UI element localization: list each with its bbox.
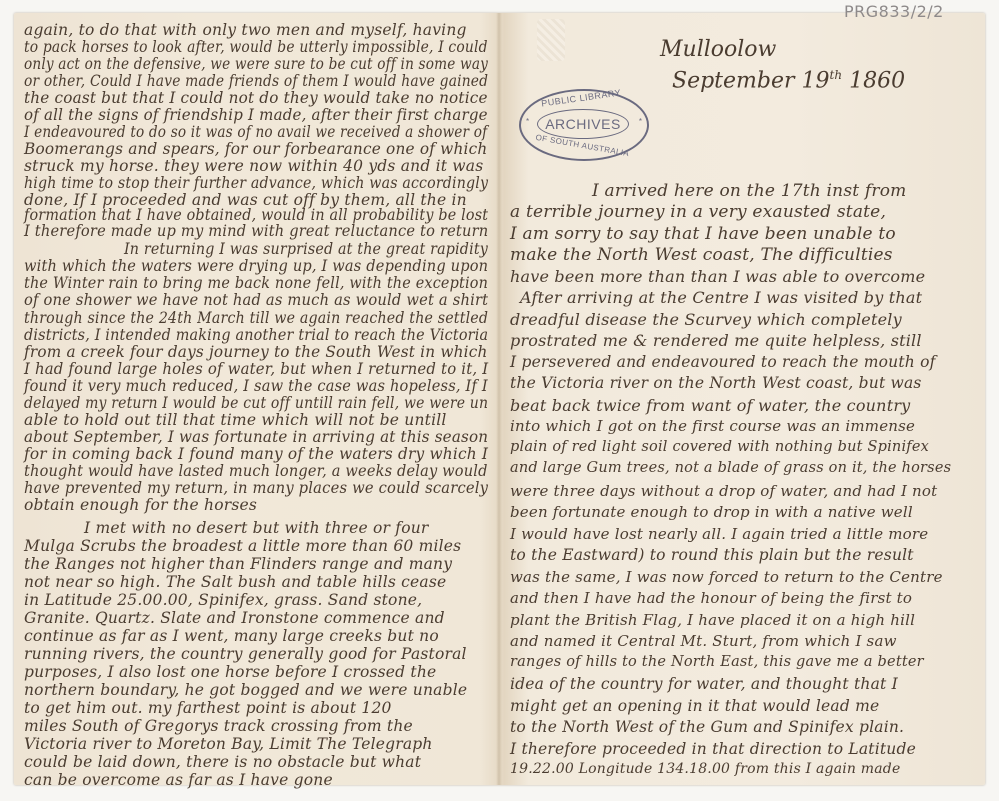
date-year: 1860 <box>849 68 905 93</box>
manuscript-line: a terrible journey in a very exausted st… <box>510 202 886 222</box>
manuscript-line: prostrated me & rendered me quite helple… <box>510 331 922 350</box>
manuscript-line: running rivers, the country generally go… <box>24 645 467 663</box>
manuscript-line: not near so high. The Salt bush and tabl… <box>24 573 446 591</box>
archives-stamp: PUBLIC LIBRARY * ARCHIVES * OF SOUTH AUS… <box>519 89 649 161</box>
manuscript-line: were three days without a drop of water,… <box>510 482 937 500</box>
manuscript-line: 19.22.00 Longitude 134.18.00 from this I… <box>510 761 900 777</box>
manuscript-sheet: again, to do that with only two men and … <box>14 13 985 785</box>
manuscript-line: high time to stop their further advance,… <box>24 174 488 192</box>
manuscript-line: through since the 24th March till we aga… <box>24 309 488 327</box>
manuscript-line: Granite. Quartz. Slate and Ironstone com… <box>24 609 445 627</box>
manuscript-line: was the same, I was now forced to return… <box>510 568 943 586</box>
manuscript-line: of one shower we have not had as much as… <box>24 291 488 309</box>
manuscript-line: found it very much reduced, I saw the ca… <box>24 377 488 395</box>
manuscript-line: of all the signs of friendship I made, a… <box>24 106 488 124</box>
manuscript-line: I met with no desert but with three or f… <box>84 519 429 537</box>
manuscript-line: ranges of hills to the North East, this … <box>510 654 924 670</box>
manuscript-line: or other, Could I have made friends of t… <box>24 72 488 90</box>
manuscript-line: I am sorry to say that I have been unabl… <box>510 224 896 244</box>
manuscript-line: I had found large holes of water, but wh… <box>24 360 488 378</box>
manuscript-line: have prevented my return, in many places… <box>24 479 488 497</box>
manuscript-line: thought would have lasted much longer, a… <box>24 462 488 480</box>
date-month-day: September 19 <box>672 68 830 93</box>
star-icon: * <box>526 117 529 126</box>
manuscript-line: I therefore made up my mind with great r… <box>24 222 488 240</box>
manuscript-line: After arriving at the Centre I was visit… <box>520 288 922 307</box>
manuscript-line: miles South of Gregorys track crossing f… <box>24 717 413 735</box>
manuscript-line: Boomerangs and spears, for our forbearan… <box>24 140 487 158</box>
manuscript-line: able to hold out till that time which wi… <box>24 411 447 429</box>
manuscript-line: dreadful disease the Scurvey which compl… <box>510 310 902 329</box>
manuscript-line: beat back twice from want of water, the … <box>510 396 910 415</box>
manuscript-line: struck my horse. they were now within 40… <box>24 157 483 175</box>
manuscript-line: to the North West of the Gum and Spinife… <box>510 718 904 736</box>
manuscript-line: and large Gum trees, not a blade of gras… <box>510 460 951 476</box>
manuscript-line: continue as far as I went, many large cr… <box>24 627 439 645</box>
manuscript-line: northern boundary, he got bogged and we … <box>24 681 467 699</box>
page-fold <box>496 13 502 785</box>
manuscript-line: been fortunate enough to drop in with a … <box>510 503 913 521</box>
manuscript-line: delayed my return I would be cut off unt… <box>24 394 488 412</box>
catalog-reference: PRG833/2/2 <box>844 2 944 21</box>
manuscript-line: Mulga Scrubs the broadest a little more … <box>24 537 461 555</box>
letter-place: Mulloolow <box>660 37 776 62</box>
document-viewer: again, to do that with only two men and … <box>0 0 999 801</box>
manuscript-line: In returning I was surprised at the grea… <box>124 240 488 258</box>
date-suffix: th <box>830 68 843 82</box>
manuscript-line: have been more than than I was able to o… <box>510 267 925 286</box>
manuscript-line: for in coming back I found many of the w… <box>24 445 488 463</box>
manuscript-line: in Latitude 25.00.00, Spinifex, grass. S… <box>24 591 422 609</box>
manuscript-line: Victoria river to Moreton Bay, Limit The… <box>24 735 433 753</box>
manuscript-line: purposes, I also lost one horse before I… <box>24 663 436 681</box>
manuscript-line: make the North West coast, The difficult… <box>510 245 893 265</box>
manuscript-line: I would have lost nearly all. I again tr… <box>510 525 928 543</box>
manuscript-line: could be laid down, there is no obstacle… <box>24 753 421 771</box>
manuscript-line: to pack horses to look after, would be u… <box>24 38 488 56</box>
manuscript-line: again, to do that with only two men and … <box>24 21 467 39</box>
left-page: again, to do that with only two men and … <box>24 13 494 785</box>
manuscript-line: the Ranges not higher than Flinders rang… <box>24 555 452 573</box>
letter-date: September 19th 1860 <box>672 68 905 93</box>
embossed-seal <box>537 19 565 61</box>
star-icon: * <box>639 117 642 126</box>
manuscript-line: the coast but that I could not do they w… <box>24 89 488 107</box>
manuscript-line: I endeavoured to do so it was of no avai… <box>24 123 487 141</box>
manuscript-line: the Winter rain to bring me back none fe… <box>24 274 488 292</box>
manuscript-line: from a creek four days journey to the So… <box>24 343 487 361</box>
manuscript-line: and named it Central Mt. Sturt, from whi… <box>510 632 897 650</box>
manuscript-line: about September, I was fortunate in arri… <box>24 428 488 446</box>
manuscript-line: I persevered and endeavoured to reach th… <box>510 353 936 371</box>
manuscript-line: idea of the country for water, and thoug… <box>510 675 898 693</box>
manuscript-line: and then I have had the honour of being … <box>510 589 912 607</box>
manuscript-line: I arrived here on the 17th inst from <box>592 181 906 201</box>
manuscript-line: to the Eastward) to round this plain but… <box>510 546 914 564</box>
manuscript-line: districts, I intended making another tri… <box>24 326 488 344</box>
manuscript-line: plain of red light soil covered with not… <box>510 439 929 455</box>
manuscript-line: with which the waters were drying up, I … <box>24 257 488 275</box>
manuscript-line: into which I got on the first course was… <box>510 417 915 435</box>
manuscript-line: to get him out. my farthest point is abo… <box>24 699 392 717</box>
manuscript-line: might get an opening in it that would le… <box>510 697 879 715</box>
manuscript-line: I therefore proceeded in that direction … <box>510 740 916 758</box>
manuscript-line: plant the British Flag, I have placed it… <box>510 611 915 629</box>
manuscript-line: obtain enough for the horses <box>24 496 257 514</box>
manuscript-line: can be overcome as far as I have gone <box>24 771 333 789</box>
manuscript-line: only act on the defensive, we were sure … <box>24 55 488 73</box>
manuscript-line: the Victoria river on the North West coa… <box>510 374 922 392</box>
